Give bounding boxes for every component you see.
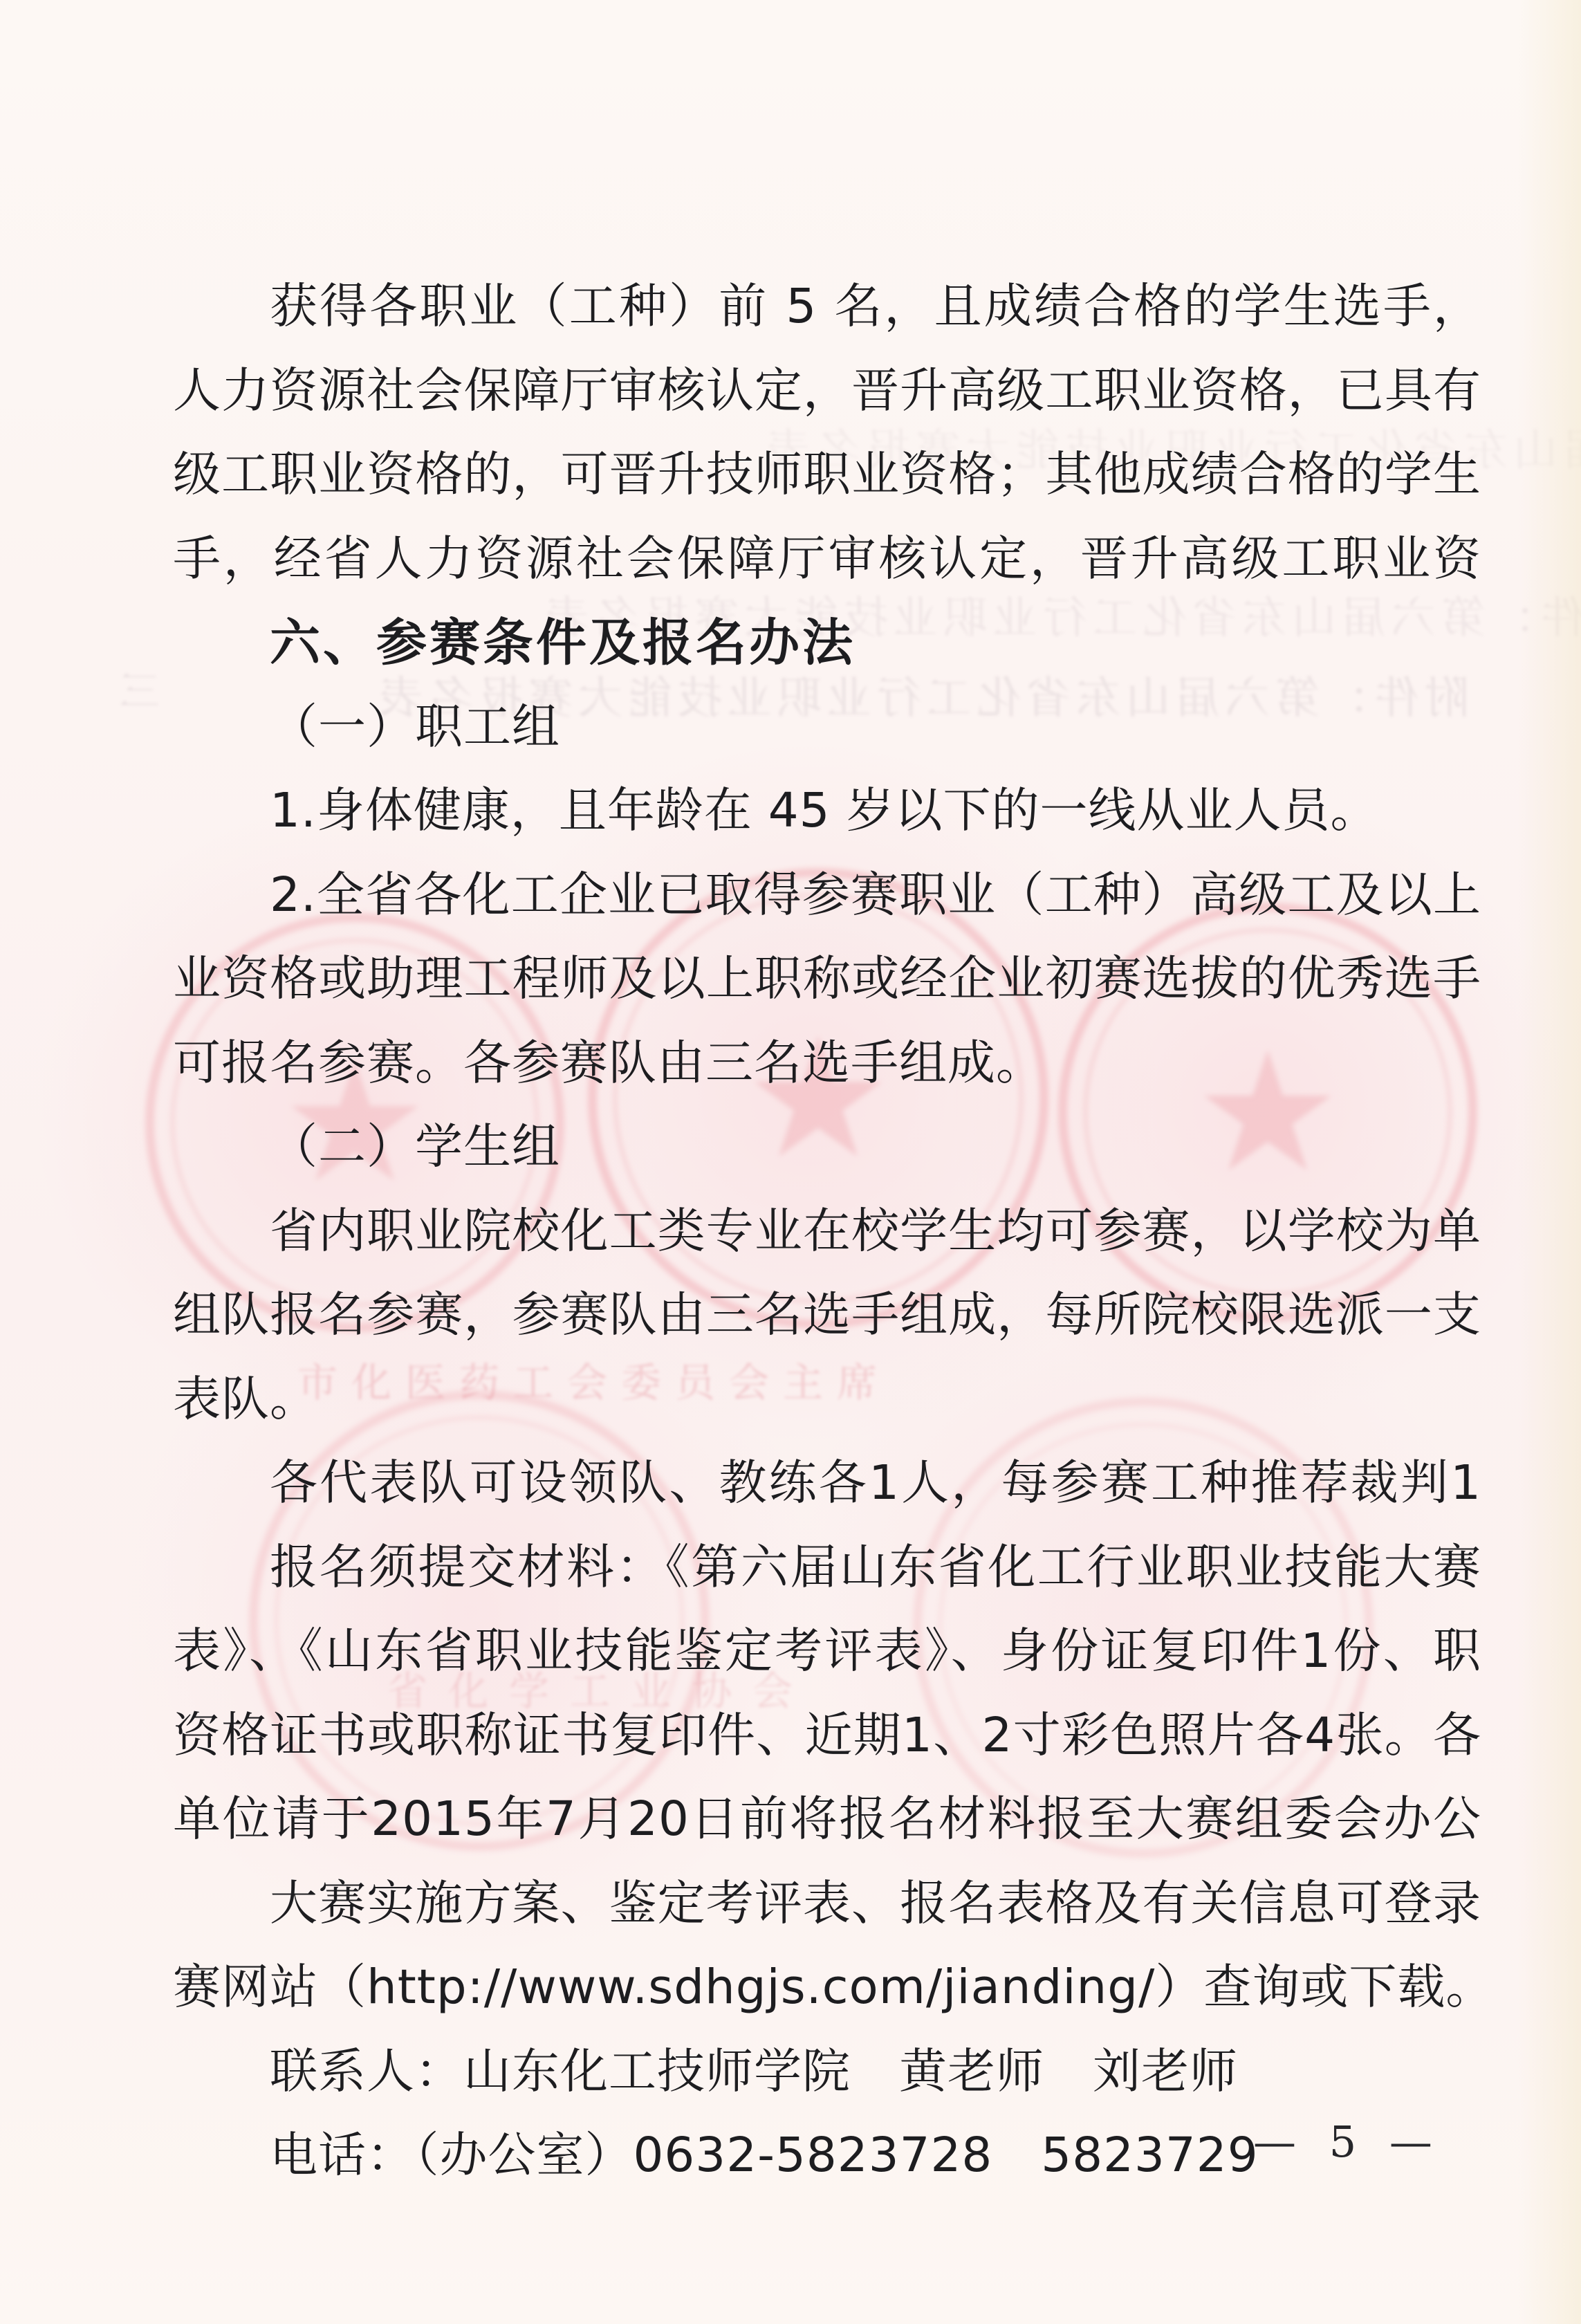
subsection-heading: （二）学生组 <box>173 1105 1481 1190</box>
doc-line: 赛网站（http://www.sdhgjs.com/jianding/）查询或下… <box>173 1946 1481 2030</box>
doc-line: 人力资源社会保障厅审核认定，晋升高级工职业资格，已具有高 <box>173 349 1481 434</box>
contact-line: 联系人：山东化工技师学院 黄老师 刘老师 <box>173 2030 1481 2114</box>
doc-line: 资格证书或职称证书复印件、近期1、2寸彩色照片各4张。各参赛 <box>173 1694 1481 1778</box>
section-heading: 六、参赛条件及报名办法 <box>173 601 1481 685</box>
text-block: 获得各职业（工种）前 5 名，且成绩合格的学生选手，经省 人力资源社会保障厅审核… <box>173 265 1481 2198</box>
doc-line: 表》、《山东省职业技能鉴定考评表》、身份证复印件1份、职业 <box>173 1610 1481 1694</box>
doc-line: 业资格或助理工程师及以上职称或经企业初赛选拔的优秀选手均 <box>173 937 1481 1022</box>
doc-line: 1.身体健康，且年龄在 45 岁以下的一线从业人员。 <box>173 769 1481 854</box>
bleedthrough-margin-mark: 三 <box>114 658 160 717</box>
doc-line: 组队报名参赛，参赛队由三名选手组成，每所院校限选派一支代 <box>173 1273 1481 1358</box>
doc-line: 省内职业院校化工类专业在校学生均可参赛，以学校为单位 <box>173 1190 1481 1274</box>
doc-line: 大赛实施方案、鉴定考评表、报名表格及有关信息可登录大 <box>173 1862 1481 1946</box>
doc-line: 级工职业资格的，可晋升技师职业资格；其他成绩合格的学生选 <box>173 433 1481 517</box>
doc-line: 报名须提交材料：《第六届山东省化工行业职业技能大赛报名 <box>173 1526 1481 1610</box>
doc-line: 各代表队可设领队、教练各1人，每参赛工种推荐裁判1人。 <box>173 1441 1481 1526</box>
doc-line: 手，经省人力资源社会保障厅审核认定，晋升高级工职业资格。 <box>173 517 1481 602</box>
scanned-document-page: 附件：第六届山东省化工行业职业技能大赛报名表 附件：第六届山东省化工行业职业技能… <box>0 0 1581 2324</box>
doc-line: 单位请于2015年7月20日前将报名材料报至大赛组委会办公室。 <box>173 1778 1481 1862</box>
doc-line: 2.全省各化工企业已取得参赛职业（工种）高级工及以上职 <box>173 854 1481 938</box>
page-number: — 5 — <box>1253 2116 1442 2167</box>
subsection-heading: （一）职工组 <box>173 685 1481 770</box>
doc-line: 获得各职业（工种）前 5 名，且成绩合格的学生选手，经省 <box>173 265 1481 349</box>
doc-line: 可报名参赛。各参赛队由三名选手组成。 <box>173 1022 1481 1106</box>
scan-edge-tint <box>1519 0 1581 2324</box>
doc-line: 表队。 <box>173 1358 1481 1442</box>
